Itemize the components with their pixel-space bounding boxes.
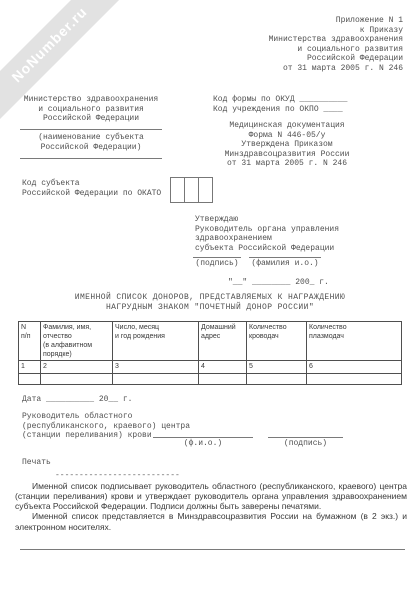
appendix-header: Приложение N 1 к Приказу Министерства зд… xyxy=(269,16,403,73)
col-header-blood-donations: Количество кроводач xyxy=(247,322,307,361)
ministry-name: Министерство здравоохранения и социально… xyxy=(20,95,162,124)
col-num-cell: 1 xyxy=(19,361,41,374)
footnote-block: -------------------------- Именной списо… xyxy=(15,471,407,532)
document-title: ИМЕННОЙ СПИСОК ДОНОРОВ, ПРЕДСТАВЛЯЕМЫХ К… xyxy=(0,293,420,312)
date-blank-line: Дата __________ 20__ г. xyxy=(22,395,132,405)
empty-cell xyxy=(199,374,247,385)
approve-signature-line: (подпись) xyxy=(193,257,241,269)
okato-code-boxes xyxy=(170,177,213,203)
empty-cell xyxy=(41,374,113,385)
subject-blank-line-bottom xyxy=(20,158,162,159)
okato-code-cell xyxy=(184,177,198,203)
medical-doc-stamp: Медицинская документация Форма N 446-05/… xyxy=(213,121,361,169)
col-num-cell: 4 xyxy=(199,361,247,374)
col-num-cell: 5 xyxy=(247,361,307,374)
approve-name-line: (фамилия и.о.) xyxy=(249,257,321,269)
signature-hint: (подпись) xyxy=(268,439,343,449)
signature-hint: (подпись) xyxy=(193,259,241,269)
seal-label: Печать xyxy=(22,458,51,468)
col-header-birthdate: Число, месяц и год рождения xyxy=(113,322,199,361)
okato-code-cell xyxy=(198,177,213,203)
head-signature-line: (подпись) xyxy=(268,437,343,449)
empty-data-row xyxy=(19,374,402,385)
head-name-line: (ф.и.о.) xyxy=(153,437,253,449)
name-hint: (ф.и.о.) xyxy=(153,439,253,449)
col-num-cell: 2 xyxy=(41,361,113,374)
okato-code-cell xyxy=(170,177,184,203)
watermark-text: NoNumber.ru xyxy=(11,6,88,83)
footnote-paragraph-1: Именной список подписывает руководитель … xyxy=(15,481,407,512)
subject-hint: (наименование субъекта Российской Федера… xyxy=(20,133,162,152)
donor-list-table: N п/п Фамилия, имя, отчество (в алфавитн… xyxy=(18,321,402,385)
approve-block: Утверждаю Руководитель органа управления… xyxy=(195,215,339,253)
col-header-name: Фамилия, имя, отчество (в алфавитном пор… xyxy=(41,322,113,361)
col-num-cell: 6 xyxy=(307,361,402,374)
okato-label: Код субъекта Российской Федерации по ОКА… xyxy=(22,179,161,198)
form-codes: Код формы по ОКУД __________ Код учрежде… xyxy=(213,95,347,114)
empty-cell xyxy=(113,374,199,385)
empty-cell xyxy=(247,374,307,385)
footnote-separator: -------------------------- xyxy=(55,471,407,481)
subject-blank-line-top xyxy=(20,129,162,130)
approve-date-blank: "__" ________ 200_ г. xyxy=(228,278,329,288)
footnote-paragraph-2: Именной список представляется в Минздрав… xyxy=(15,511,407,532)
col-num-cell: 3 xyxy=(113,361,199,374)
column-number-row: 1 2 3 4 5 6 xyxy=(19,361,402,374)
col-header-plasma-donations: Количество плазмодач xyxy=(307,322,402,361)
bottom-divider xyxy=(20,549,405,550)
table-header-row: N п/п Фамилия, имя, отчество (в алфавитн… xyxy=(19,322,402,361)
col-header-address: Домашний адрес xyxy=(199,322,247,361)
empty-cell xyxy=(19,374,41,385)
col-header-num: N п/п xyxy=(19,322,41,361)
empty-cell xyxy=(307,374,402,385)
document-page: NoNumber.ru Приложение N 1 к Приказу Мин… xyxy=(0,0,420,600)
name-hint: (фамилия и.о.) xyxy=(249,259,321,269)
